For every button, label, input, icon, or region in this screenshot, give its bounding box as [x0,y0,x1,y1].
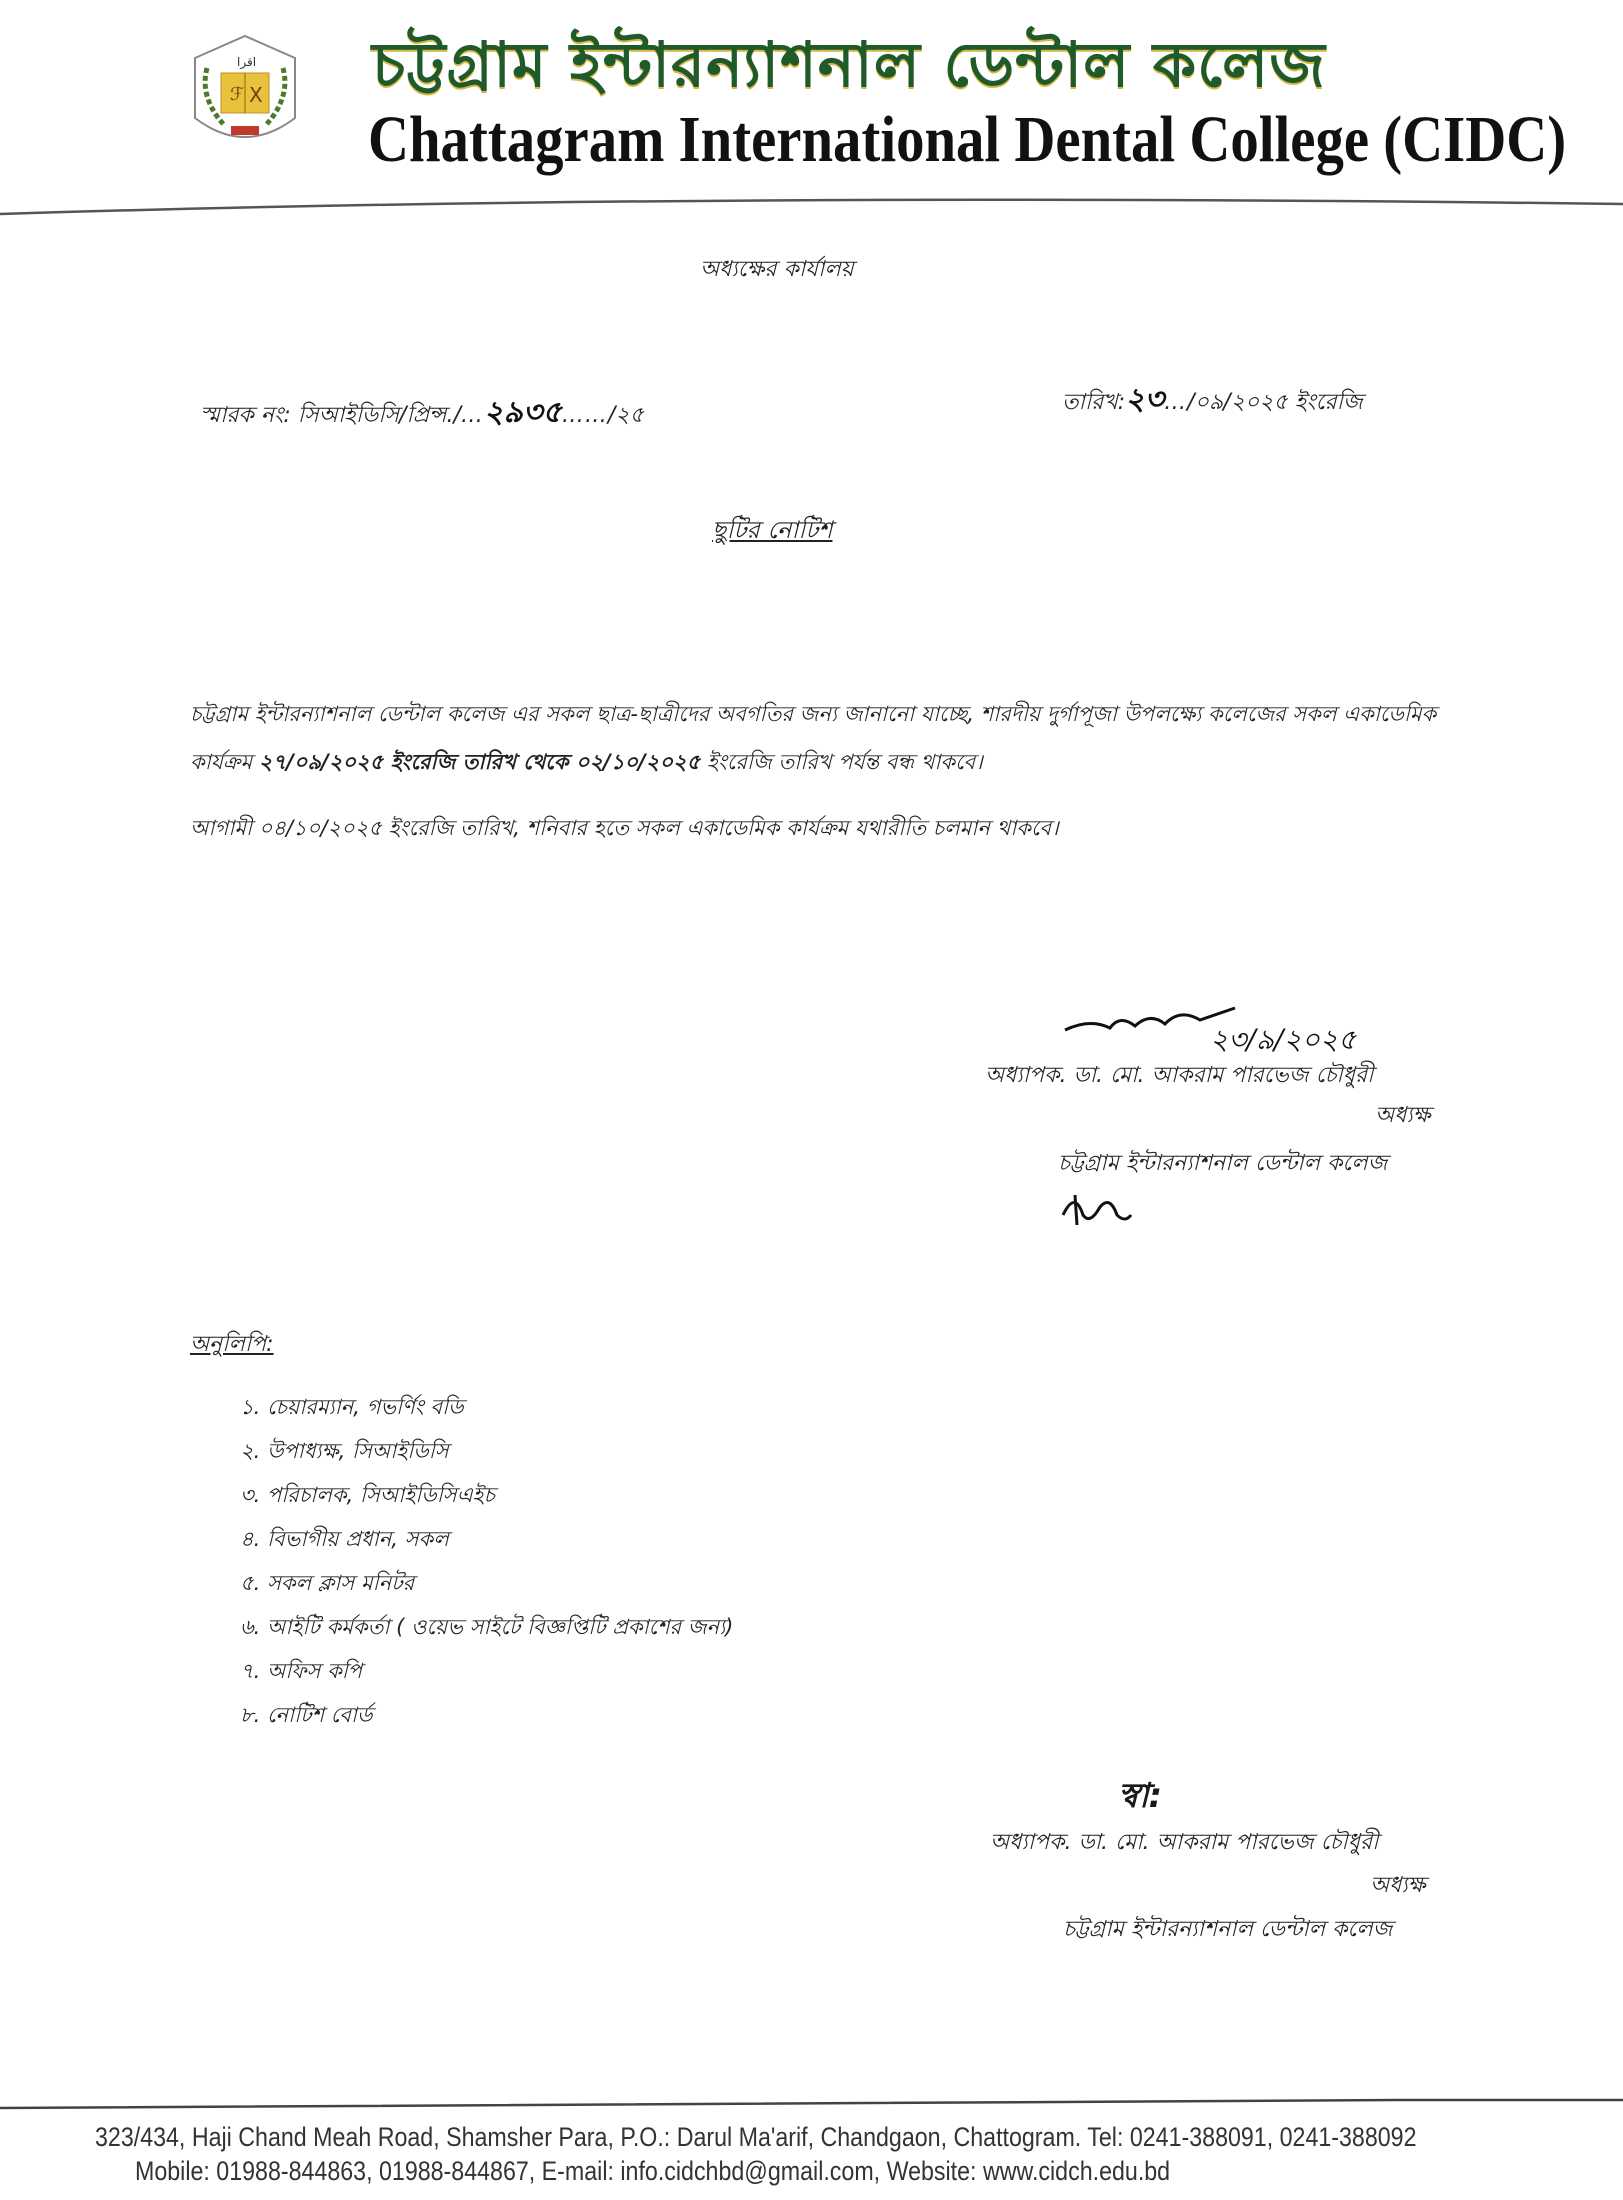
cc-item: ৩. পরিচালক, সিআইডিসিএইচ [240,1473,733,1517]
svg-text:X: X [249,83,263,107]
cc-item: ২. উপাধ্যক্ষ, সিআইডিসি [240,1429,733,1473]
cc-label: অনুলিপি: [190,1327,274,1364]
header-divider [0,192,1623,222]
memo-prefix: স্মারক নং: সিআইডিসি/প্রিন্স./ [200,403,461,428]
para1-text-end: ইংরেজি তারিখ পর্যন্ত বন্ধ থাকবে। [700,750,982,774]
notice-subject: ছুটির নোটিশ [712,512,832,552]
signatory-name-copy: অধ্যাপক. ডা. মো. আকরাম পারভেজ চৌধুরী [990,1825,1378,1862]
svg-text:اقرا: اقرا [237,55,256,70]
dotted-fill: … [461,403,484,428]
college-name-english: Chattagram International Dental College … [368,102,1566,178]
date-rest: /০৯/২০২৫ ইংরেজি [1187,390,1362,415]
notice-paragraph-2: আগামী ০৪/১০/২০২৫ ইংরেজি তারিখ, শনিবার হত… [190,812,1059,847]
footer-contact: Mobile: 01988-844863, 01988-844867, E-ma… [135,2156,1170,2187]
date-line: তারিখ:২৩…/০৯/২০২৫ ইংরেজি [1062,375,1363,426]
signatory-organization: চট্টগ্রাম ইন্টারন্যাশনাল ডেন্টাল কলেজ [1058,1146,1387,1183]
initial-signature-icon [1055,1185,1135,1230]
signed-mark: স্বা: [1118,1770,1162,1827]
date-day-handwritten: ২৩ [1125,382,1164,417]
cc-item: ৭. অফিস কপি [240,1649,733,1693]
dotted-fill: … [1164,390,1187,415]
notice-paragraph-1: চট্টগ্রাম ইন্টারন্যাশনাল ডেন্টাল কলেজ এর… [190,690,1450,786]
cc-item: ৬. আইটি কর্মকর্তা ( ওয়েভ সাইটে বিজ্ঞপ্ত… [240,1605,733,1649]
signatory-title: অধ্যক্ষ [1375,1098,1431,1135]
cc-item: ৮. নোটিশ বোর্ড [240,1693,733,1737]
para1-closure-dates: ২৭/০৯/২০২৫ ইংরেজি তারিখ থেকে ০২/১০/২০২৫ [259,750,700,774]
memo-suffix: /২৫ [608,403,644,428]
cc-item: ১. চেয়ারম্যান, গভর্ণিং বডি [240,1385,733,1429]
svg-text:ℱ: ℱ [230,84,244,105]
signatory-organization-copy: চট্টগ্রাম ইন্টারন্যাশনাল ডেন্টাল কলেজ [1063,1912,1392,1949]
cc-list: ১. চেয়ারম্যান, গভর্ণিং বডি ২. উপাধ্যক্ষ… [240,1385,733,1737]
cc-item: ৫. সকল ক্লাস মনিটর [240,1561,733,1605]
footer-divider [0,2092,1623,2122]
college-crest-icon: ℱ X اقرا [185,28,305,158]
dotted-fill: …… [562,403,608,428]
memo-number-handwritten: ২৯৩৫ [484,395,562,430]
signatory-title-copy: অধ্যক্ষ [1370,1868,1426,1905]
date-label: তারিখ: [1062,390,1125,415]
office-heading: অধ্যক্ষের কার্যালয় [700,252,854,289]
cc-item: ৪. বিভাগীয় প্রধান, সকল [240,1517,733,1561]
footer-address: 323/434, Haji Chand Meah Road, Shamsher … [95,2122,1417,2153]
memo-number: স্মারক নং: সিআইডিসি/প্রিন্স./…২৯৩৫……/২৫ [200,388,644,439]
signatory-name: অধ্যাপক. ডা. মো. আকরাম পারভেজ চৌধুরী [985,1058,1373,1095]
